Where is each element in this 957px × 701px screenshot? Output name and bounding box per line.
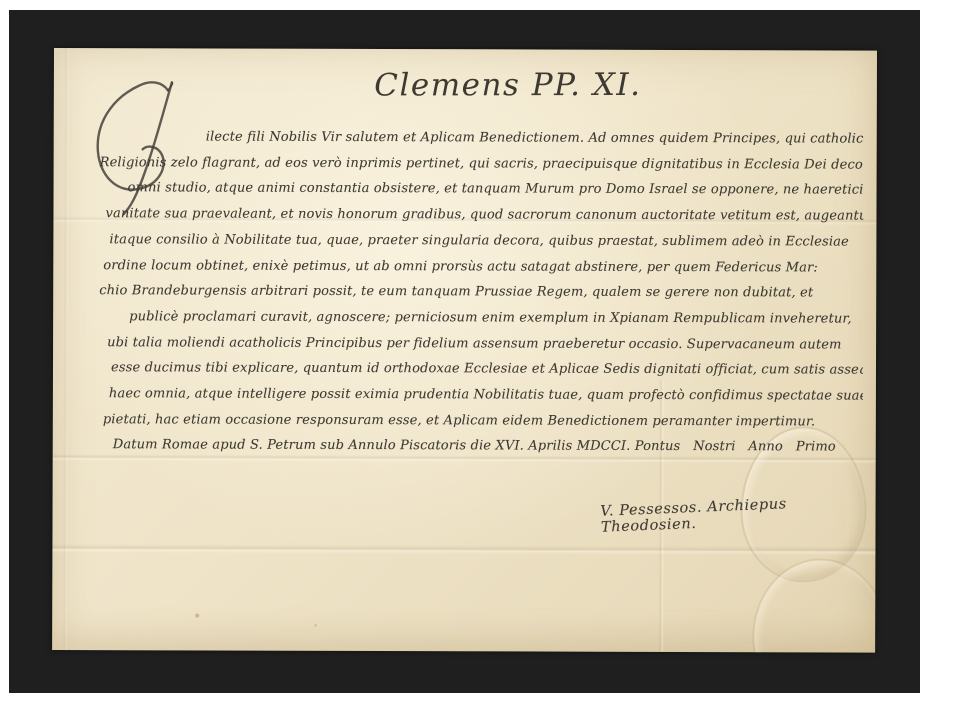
manuscript-line-2: Religionis zelo flagrant, ad eos verò in…	[100, 150, 864, 178]
dateline: Datum Romae apud S. Petrum sub Annulo Pi…	[99, 433, 863, 461]
manuscript-line-12: pietati, hac etiam occasione responsuram…	[99, 407, 863, 435]
embossed-seal	[752, 558, 877, 652]
manuscript-line-3: omni studio, atque animi constantia obsi…	[100, 176, 864, 204]
photo-frame: Clemens PP. XI. ilecte fili Nobilis Vir …	[0, 0, 957, 701]
manuscript-line-4: vanitate sua praevaleant, et novis honor…	[99, 201, 863, 229]
manuscript-line-5: itaque consilio à Nobilitate tua, quae, …	[99, 227, 863, 255]
manuscript-paper: Clemens PP. XI. ilecte fili Nobilis Vir …	[52, 48, 877, 653]
manuscript-line-1: ilecte fili Nobilis Vir salutem et Aplic…	[100, 124, 864, 152]
manuscript-line-7: chio Brandeburgensis arbitrari possit, t…	[99, 278, 863, 306]
paper-stain	[314, 624, 317, 627]
secretary-signature: V. Pessessos. Archiepus Theodosien.	[600, 493, 876, 536]
manuscript-line-6: ordine locum obtinet, enixè petimus, ut …	[99, 253, 863, 281]
manuscript-line-11: haec omnia, atque intelligere possit exi…	[99, 381, 863, 409]
manuscript-line-9: ubi talia moliendi acatholicis Principib…	[99, 330, 863, 358]
manuscript-line-10: esse ducimus tibi explicare, quantum id …	[99, 355, 863, 383]
paper-stain	[195, 613, 199, 617]
manuscript-body: ilecte fili Nobilis Vir salutem et Aplic…	[99, 124, 864, 461]
fold-crease-horizontal-3	[52, 544, 875, 556]
fold-crease-vertical-1	[62, 48, 70, 650]
manuscript-line-8: publicè proclamari curavit, agnoscere; p…	[99, 304, 863, 332]
